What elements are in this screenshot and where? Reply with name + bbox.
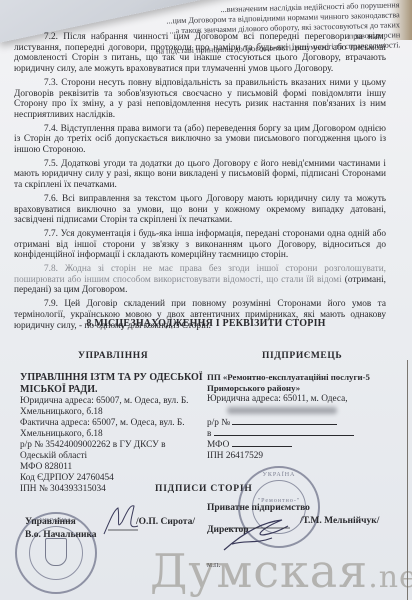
left-detail-line: МФО 828011	[20, 462, 205, 473]
right-address: Юридична адреса: 65011, м. Одеса,	[207, 394, 402, 405]
clause-7-8-text: 7.8. Жодна зі сторін не має права без зг…	[14, 264, 386, 285]
left-detail-line: Хмельницького, б.18	[20, 407, 205, 418]
clause-7-5: 7.5. Додаткові угоди та додатки до цього…	[14, 159, 386, 191]
watermark-suffix: .net	[368, 560, 412, 595]
right-org-name-1: ПП «Ремонтно-експлуатаційні послуги-5	[207, 372, 402, 383]
left-detail-line: Хмельницького, б.18	[20, 429, 205, 440]
mfo-label: МФО	[207, 440, 229, 450]
left-party-heading: УПРАВЛІННЯ	[78, 351, 148, 361]
left-org-name-2: МІСЬКОЇ РАДИ.	[20, 384, 205, 396]
right-signer-name: /Т.М. Мельнійчук/	[300, 516, 379, 526]
document-page: ...визначеним наслідків недійсності або …	[0, 0, 412, 600]
left-detail-line: Код ЄДРПОУ 24760454	[20, 473, 205, 484]
contract-clauses: 7.2. Після набрання чинності цим Договор…	[14, 32, 386, 334]
clause-7-7: 7.7. Уся документація і будь-яка інша ін…	[14, 229, 386, 261]
right-bank-line: в	[207, 429, 402, 440]
clause-7-8: 7.8. Жодна зі сторін не має права без зг…	[14, 264, 386, 296]
right-party-details: ПП «Ремонтно-експлуатаційні послуги-5 Пр…	[207, 372, 402, 462]
watermark-main: Думская	[150, 544, 368, 598]
left-party-details: УПРАВЛІННЯ ІЗТМ ТА РУ ОДЕСЬКОЇ МІСЬКОЇ Р…	[20, 372, 205, 495]
left-detail-line: Фактична адреса: 65007, м. Одеса, вул. Б…	[20, 418, 205, 429]
left-signer-name: /О.П. Сирота/	[136, 517, 195, 527]
left-signature-block: Управління В.о. Начальника	[25, 516, 97, 542]
right-ipn: ІПН 26417529	[207, 451, 402, 462]
redacted-address	[227, 407, 337, 414]
right-party-heading: ПІДПРИЄМЕЦЬ	[262, 351, 342, 361]
account-label: р/р №	[207, 418, 230, 428]
section-title: 8.МІСЦЕЗНАХОДЖЕННЯ І РЕКВІЗИТИ СТОРІН	[0, 318, 412, 329]
mfo-blank	[232, 446, 292, 447]
coat-of-arms-icon	[45, 538, 67, 566]
left-detail-line: Одеській області	[20, 451, 205, 462]
bank-blank	[214, 435, 354, 436]
right-account-line: р/р №	[207, 418, 402, 429]
left-handwritten-signature-icon	[100, 500, 140, 540]
clause-7-2: 7.2. Після набрання чинності цим Договор…	[14, 32, 386, 75]
account-blank	[232, 424, 337, 425]
left-detail-line: р/р № 35424009002262 в ГУ ДКСУ в	[20, 440, 205, 451]
right-mfo-line: МФО	[207, 440, 402, 451]
left-org-name-1: УПРАВЛІННЯ ІЗТМ ТА РУ ОДЕСЬКОЇ	[20, 372, 205, 384]
signatures-title: ПІДПИСИ СТОРІН	[155, 484, 253, 494]
site-watermark: Думская.net	[150, 548, 412, 600]
stamp-text: УКРАЇНА	[240, 472, 318, 478]
clause-7-4: 7.4. Відступлення права вимоги та (або) …	[14, 124, 386, 156]
left-detail-line: Юридична адреса: 65007, м. Одеса, вул. Б…	[20, 396, 205, 407]
left-sign-org: Управління	[25, 516, 97, 529]
bank-label: в	[207, 429, 211, 439]
right-org-name-2: Приморського району»	[207, 383, 402, 394]
clause-7-3: 7.3. Сторони несуть повну відповідальніс…	[14, 78, 386, 121]
left-sign-position: В.о. Начальника	[25, 529, 97, 542]
clause-7-6: 7.6. Всі виправлення за текстом цього До…	[14, 194, 386, 226]
